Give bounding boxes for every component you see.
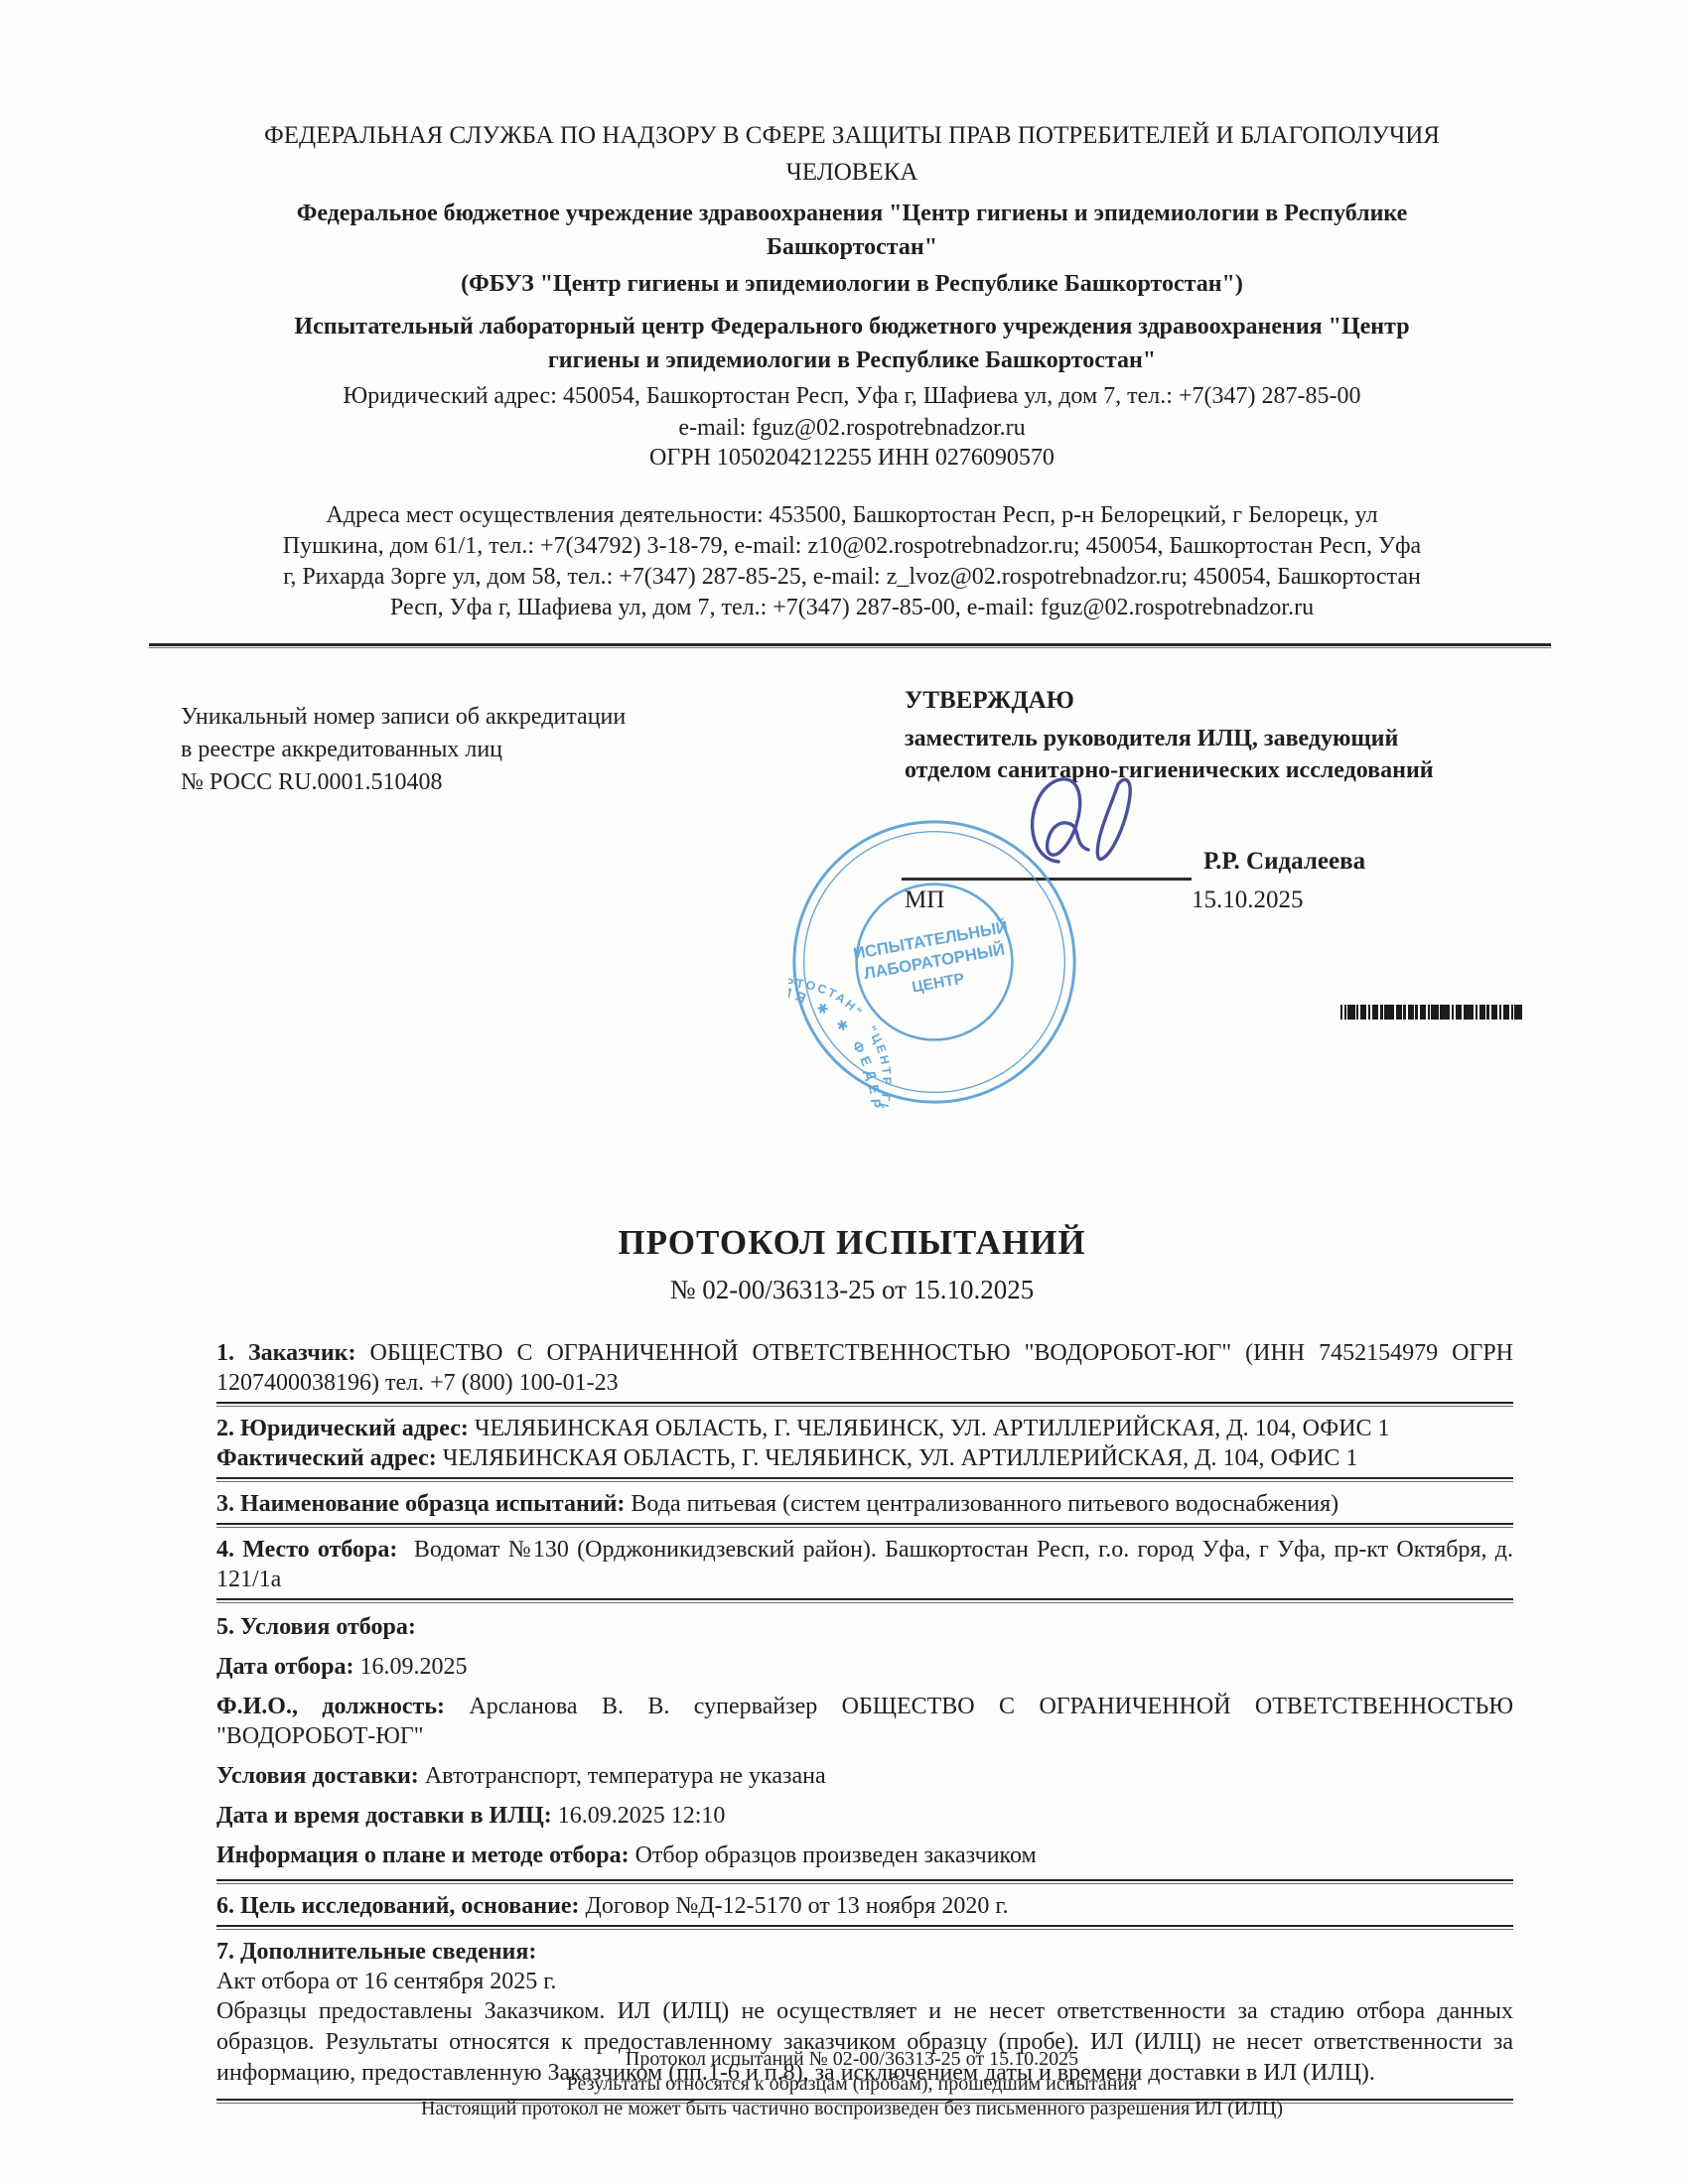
field-delivery-conditions: Условия доставки: Автотранспорт, темпера…: [216, 1761, 1513, 1791]
row-divider: [216, 1925, 1513, 1931]
protocol-number: № 02-00/36313-25 от 15.10.2025: [207, 1275, 1497, 1305]
field-sampling-place: 4. Место отбора: Водомат №130 (Орджоники…: [216, 1535, 1513, 1594]
field-additional-act: Акт отбора от 16 сентября 2025 г.: [216, 1967, 1513, 1996]
approval-date: 15.10.2025: [1192, 887, 1304, 914]
page-footer: Протокол испытаний № 02-00/36313-25 от 1…: [207, 2047, 1497, 2121]
field-delivery-datetime: Дата и время доставки в ИЛЦ: 16.09.2025 …: [216, 1801, 1513, 1831]
field-legal-address: 2. Юридический адрес: ЧЕЛЯБИНСКАЯ ОБЛАСТ…: [216, 1414, 1513, 1443]
protocol-fields: 1. Заказчик: ОБЩЕСТВО С ОГРАНИЧЕННОЙ ОТВ…: [216, 1338, 1513, 2111]
header-divider: [149, 643, 1551, 648]
field-sampler: Ф.И.О., должность: Арсланова В. В. супер…: [216, 1692, 1513, 1751]
approval-title: УТВЕРЖДАЮ: [905, 687, 1074, 715]
field-sample-name: 3. Наименование образца испытаний: Вода …: [216, 1489, 1513, 1519]
org-short-name: (ФБУЗ "Центр гигиены и эпидемиологии в Р…: [207, 268, 1497, 300]
footer-protocol-ref: Протокол испытаний № 02-00/36313-25 от 1…: [207, 2047, 1497, 2072]
row-divider: [216, 1477, 1513, 1483]
field-sampling-conditions: 5. Условия отбора:: [216, 1612, 1513, 1642]
row-divider: [216, 1523, 1513, 1529]
field-actual-address: Фактический адрес: ЧЕЛЯБИНСКАЯ ОБЛАСТЬ, …: [216, 1443, 1513, 1473]
accreditation-number: Уникальный номер записи об аккредитации …: [181, 701, 697, 799]
field-additional-label: 7. Дополнительные сведения:: [216, 1937, 1513, 1967]
lab-center-name: Испытательный лабораторный центр Федерал…: [207, 310, 1497, 377]
stamp-center-line3: ЦЕНТР: [911, 971, 965, 997]
document-page: ФЕДЕРАЛЬНАЯ СЛУЖБА ПО НАДЗОРУ В СФЕРЕ ЗА…: [0, 0, 1688, 2184]
activity-addresses: Адреса мест осуществления деятельности: …: [207, 500, 1497, 623]
field-sampling-plan: Информация о плане и методе отбора: Отбо…: [216, 1841, 1513, 1870]
protocol-title: ПРОТОКОЛ ИСПЫТАНИЙ: [207, 1223, 1497, 1263]
field-purpose: 6. Цель исследований, основание: Договор…: [216, 1891, 1513, 1921]
field-sampling-date: Дата отбора: 16.09.2025: [216, 1652, 1513, 1682]
official-stamp-icon: ФЕДЕРАЛЬНОЕ БЮДЖЕТНОЕ УЧРЕЖДЕНИЕ ЗДРАВОО…: [788, 816, 1080, 1108]
org-ogrn-inn: ОГРН 1050204212255 ИНН 0276090570: [207, 445, 1497, 472]
row-divider: [216, 1598, 1513, 1604]
footer-results-note: Результаты относятся к образцам (пробам)…: [207, 2072, 1497, 2097]
org-full-name: Федеральное бюджетное учреждение здравоо…: [207, 197, 1497, 264]
barcode-icon: [1340, 1005, 1522, 1020]
row-divider: [216, 1879, 1513, 1885]
field-customer: 1. Заказчик: ОБЩЕСТВО С ОГРАНИЧЕННОЙ ОТВ…: [216, 1338, 1513, 1398]
org-email: e-mail: fguz@02.rospotrebnadzor.ru: [207, 415, 1497, 442]
agency-name: ФЕДЕРАЛЬНАЯ СЛУЖБА ПО НАДЗОРУ В СФЕРЕ ЗА…: [207, 117, 1497, 191]
approver-name: Р.Р. Сидалеева: [1203, 848, 1365, 876]
legal-address-line: Юридический адрес: 450054, Башкортостан …: [207, 383, 1497, 410]
row-divider: [216, 1402, 1513, 1408]
footer-copy-note: Настоящий протокол не может быть частичн…: [207, 2097, 1497, 2121]
approval-position: заместитель руководителя ИЛЦ, заведующий…: [905, 723, 1500, 786]
